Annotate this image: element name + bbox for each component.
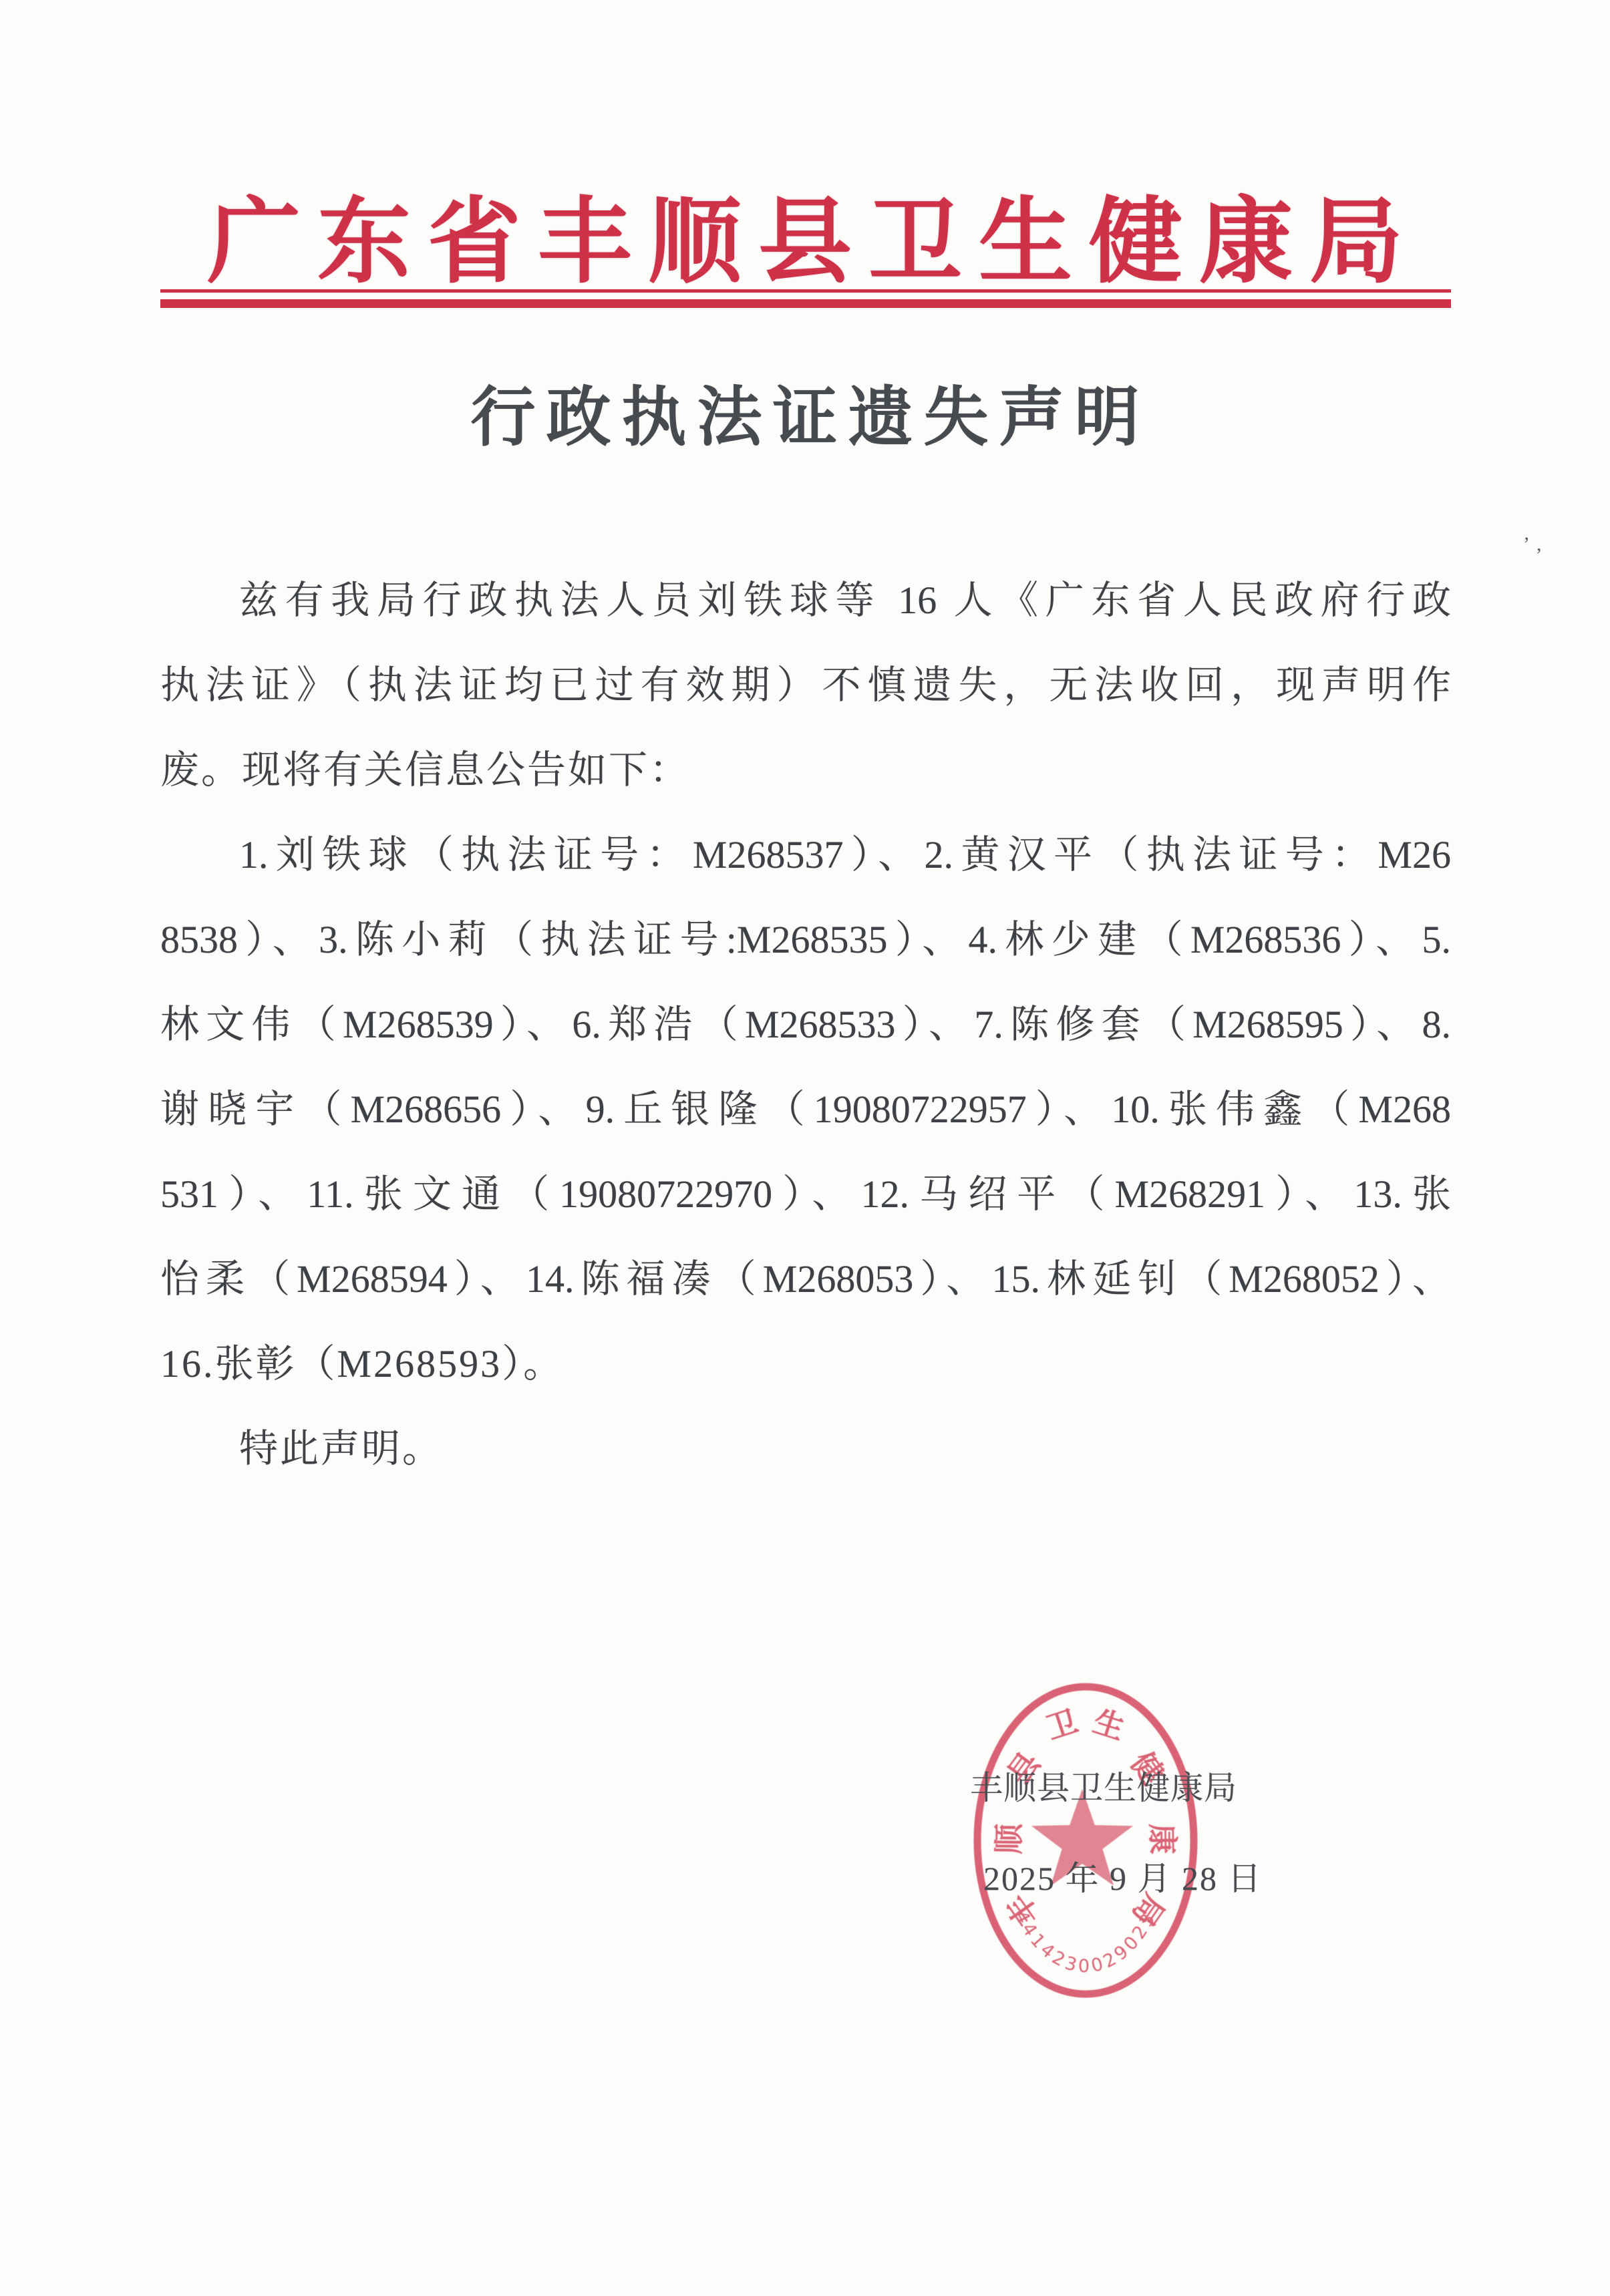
document-page: 广东省丰顺县卫生健康局 行政执法证遗失声明 ’, 兹有我局行政执法人员刘铁球等 … bbox=[0, 0, 1610, 2296]
body-line: 8538）、3.陈小莉（执法证号:M268535）、4.林少建（M268536）… bbox=[160, 917, 1451, 963]
body-line: 16.张彰（M268593）。 bbox=[160, 1341, 1451, 1387]
signature-date: 2025 年 9 月 28 日 bbox=[983, 1852, 1263, 1900]
seal-serial: 4414230029023 bbox=[1011, 1907, 1161, 1977]
body-line: 怡柔（M268594）、14.陈福凑（M268053）、15.林延钊（M2680… bbox=[160, 1256, 1451, 1303]
body-line: 执法证》（执法证均已过有效期）不慎遗失，无法收回，现声明作 bbox=[160, 662, 1451, 709]
body-line: 林文伟（M268539）、6.郑浩（M268533）、7.陈修套（M268595… bbox=[160, 1001, 1451, 1048]
body-line: 谢晓宇（M268656）、9.丘银隆（19080722957）、10.张伟鑫（M… bbox=[160, 1086, 1451, 1133]
org-title: 广东省丰顺县卫生健康局 bbox=[0, 167, 1610, 301]
seal-arc-char: 生 bbox=[1089, 1704, 1128, 1746]
scan-artifact: ’, bbox=[1523, 533, 1549, 556]
body-line: 531）、11.张文通（19080722970）、12.马绍平（M268291）… bbox=[160, 1171, 1451, 1218]
seal-arc-char: 卫 bbox=[1042, 1704, 1082, 1746]
seal-arc-char: 康 bbox=[1145, 1823, 1180, 1854]
doc-title: 行政执法证遗失声明 bbox=[0, 365, 1610, 458]
seal-arc-char: 顺 bbox=[992, 1822, 1027, 1854]
signature-org: 丰顺县卫生健康局 bbox=[970, 1762, 1237, 1809]
body-line: 废。现将有关信息公告如下： bbox=[160, 747, 1451, 794]
header-rule-thin bbox=[160, 289, 1451, 293]
body-line: 兹有我局行政执法人员刘铁球等 16 人《广东省人民政府行政 bbox=[160, 577, 1451, 624]
header-rule-thick bbox=[160, 299, 1451, 308]
body-line: 1.刘铁球（执法证号：M268537）、2.黄汉平（执法证号：M26 bbox=[160, 832, 1451, 878]
body-line: 特此声明。 bbox=[160, 1426, 1451, 1472]
